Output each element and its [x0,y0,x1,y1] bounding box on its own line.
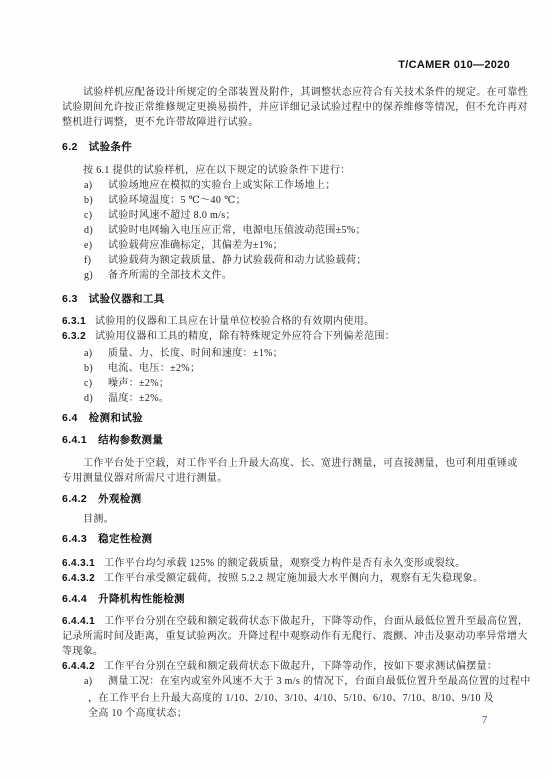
list-continuation-line: 全高 10 个高度状态； [62,706,512,721]
list-text: 测量工况：在室内或室外风速不大于 3 m/s 的情况下，台面自最低位置升至最高位… [108,676,531,687]
clause-text: 工作平台承受额定载荷，按照 5.2.2 规定施加最大水平侧向力，观察有无失稳现象… [104,573,483,584]
list-item: c)试验时风速不超过 8.0 m/s； [62,208,512,223]
standard-number-header: T/CAMER 010—2020 [398,59,510,71]
body-text-line: 按 6.1 提供的试验样机，应在以下规定的试验条件下进行： [62,163,512,178]
list-item: b)电流、电压：±2%； [62,361,512,376]
heading-title: 外观检测 [98,493,141,505]
list-text: 试验载荷应准确标定，其偏差为±1%； [108,240,283,251]
list-item: a)测量工况：在室内或室外风速不大于 3 m/s 的情况下，台面自最低位置升至最… [62,674,512,689]
clause-number: 6.4.4.1 [62,616,95,627]
body-text-line: 等现象。 [62,644,512,659]
section-heading: 6.4检测和试验 [62,411,512,426]
list-item: f)试验载荷为额定载质量、静力试验载荷和动力试验载荷； [62,253,512,268]
body-text-line: 试验期间允许按正常维修规定更换易损件，并应详细记录试验过程中的保养维修等情况，但… [62,100,512,115]
list-text: 试验场地应在模拟的实验台上或实际工作场地上； [108,180,336,191]
body-text-line: 整机进行调整，更不允许带故障进行试验。 [62,115,512,130]
body-text-line: 目测。 [62,512,512,527]
list-label: f) [84,253,108,268]
clause-paragraph: 6.4.3.2工作平台承受额定载荷，按照 5.2.2 规定施加最大水平侧向力，观… [62,571,512,586]
heading-number: 6.4.1 [62,434,87,446]
list-item: a)质量、力、长度、时间和速度：±1%； [62,346,512,361]
body-text-line: 专用测量仪器对所需尺寸进行测量。 [62,471,512,486]
heading-number: 6.3 [62,293,78,305]
heading-title: 稳定性检测 [98,533,152,545]
heading-title: 结构参数测量 [98,434,163,446]
clause-paragraph: 6.3.1试验用的仪器和工具应在计量单位校验合格的有效期内使用。 [62,314,512,329]
heading-number: 6.4.3 [62,533,87,545]
list-text: 备齐所需的全部技术文件。 [108,270,232,281]
clause-number: 6.4.4.2 [62,661,95,672]
list-label: a) [84,346,108,361]
list-label: e) [84,238,108,253]
clause-text: 工作平台分别在空载和额定载荷状态下做起升，下降等动作，按如下要求测试偏摆量： [104,661,497,672]
clause-paragraph: 6.4.4.2工作平台分别在空载和额定载荷状态下做起升，下降等动作，按如下要求测… [62,659,512,674]
list-text: 噪声：±2%； [108,378,169,389]
heading-title: 检测和试验 [89,412,143,424]
clause-text: 试验用的仪器和工具应在计量单位校验合格的有效期内使用。 [95,316,374,327]
list-item: d)试验时电网输入电压应正常，电源电压值波动范围±5%； [62,223,512,238]
heading-number: 6.4.2 [62,493,87,505]
section-heading: 6.4.1结构参数测量 [62,433,512,448]
clause-text: 试验用仪器和工具的精度，除有特殊规定外应符合下列偏差范围： [95,331,395,342]
section-heading: 6.2试验条件 [62,140,512,155]
list-text: 电流、电压：±2%； [108,363,200,374]
list-text: 温度：±2%。 [108,393,169,404]
heading-number: 6.4.4 [62,593,87,605]
section-heading: 6.3试验仪器和工具 [62,292,512,307]
list-label: c) [84,208,108,223]
list-item: e)试验载荷应准确标定，其偏差为±1%； [62,238,512,253]
clause-paragraph: 6.4.4.1工作平台分别在空载和额定载荷状态下做起升，下降等动作，台面从最低位… [62,614,512,629]
list-label: d) [84,391,108,406]
list-item: d)温度：±2%。 [62,391,512,406]
section-heading: 6.4.4升降机构性能检测 [62,592,512,607]
list-item: a)试验场地应在模拟的实验台上或实际工作场地上； [62,178,512,193]
list-item: c)噪声：±2%； [62,376,512,391]
clause-number: 6.4.3.2 [62,573,95,584]
list-text: 试验环境温度：5 ℃～40 ℃； [108,195,246,206]
heading-number: 6.2 [62,141,78,153]
list-label: d) [84,223,108,238]
list-label: c) [84,376,108,391]
document-page: T/CAMER 010—2020 试验样机应配备设计所规定的全部装置及附件，其调… [0,0,550,779]
list-label: g) [84,268,108,283]
body-text-line: 记录所需时间及距离，重复试验两次。升降过程中观察动作有无爬行、震颤、冲击及驱动功… [62,629,512,644]
list-label: b) [84,193,108,208]
list-text: 试验时风速不超过 8.0 m/s； [108,210,236,221]
clause-paragraph: 6.4.3.1工作平台均匀承载 125% 的额定载质量，观察受力构件是否有永久变… [62,556,512,571]
body-text-line: 工作平台处于空载，对工作平台上升最大高度、长、宽进行测量，可直接测量，也可利用重… [62,456,512,471]
section-heading: 6.4.3稳定性检测 [62,532,512,547]
body-text-line: 试验样机应配备设计所规定的全部装置及附件，其调整状态应符合有关技术条件的规定。在… [62,85,512,100]
list-text: 试验载荷为额定载质量、静力试验载荷和动力试验载荷； [108,255,367,266]
list-label: b) [84,361,108,376]
clause-number: 6.4.3.1 [62,558,95,569]
clause-number: 6.3.1 [62,316,86,327]
heading-title: 试验条件 [89,141,132,153]
heading-title: 升降机构性能检测 [98,593,185,605]
clause-paragraph: 6.3.2试验用仪器和工具的精度，除有特殊规定外应符合下列偏差范围： [62,329,512,344]
list-label: a) [84,178,108,193]
list-text: 试验时电网输入电压应正常，电源电压值波动范围±5%； [108,225,366,236]
list-continuation-line: ，在工作平台上升最大高度的 1/10、2/10、3/10、4/10、5/10、6… [62,691,512,706]
list-text: 质量、力、长度、时间和速度：±1%； [108,348,283,359]
document-body: 试验样机应配备设计所规定的全部装置及附件，其调整状态应符合有关技术条件的规定。在… [62,85,512,721]
list-item: b)试验环境温度：5 ℃～40 ℃； [62,193,512,208]
section-heading: 6.4.2外观检测 [62,492,512,507]
list-item: g)备齐所需的全部技术文件。 [62,268,512,283]
heading-title: 试验仪器和工具 [89,293,165,305]
clause-number: 6.3.2 [62,331,86,342]
clause-text: 工作平台均匀承载 125% 的额定载质量，观察受力构件是否有永久变形或裂纹。 [104,558,466,569]
list-label: a) [84,674,108,689]
heading-number: 6.4 [62,412,78,424]
clause-text: 工作平台分别在空载和额定载荷状态下做起升，下降等动作，台面从最低位置升至最高位置… [104,616,528,627]
page-number: 7 [482,715,487,726]
